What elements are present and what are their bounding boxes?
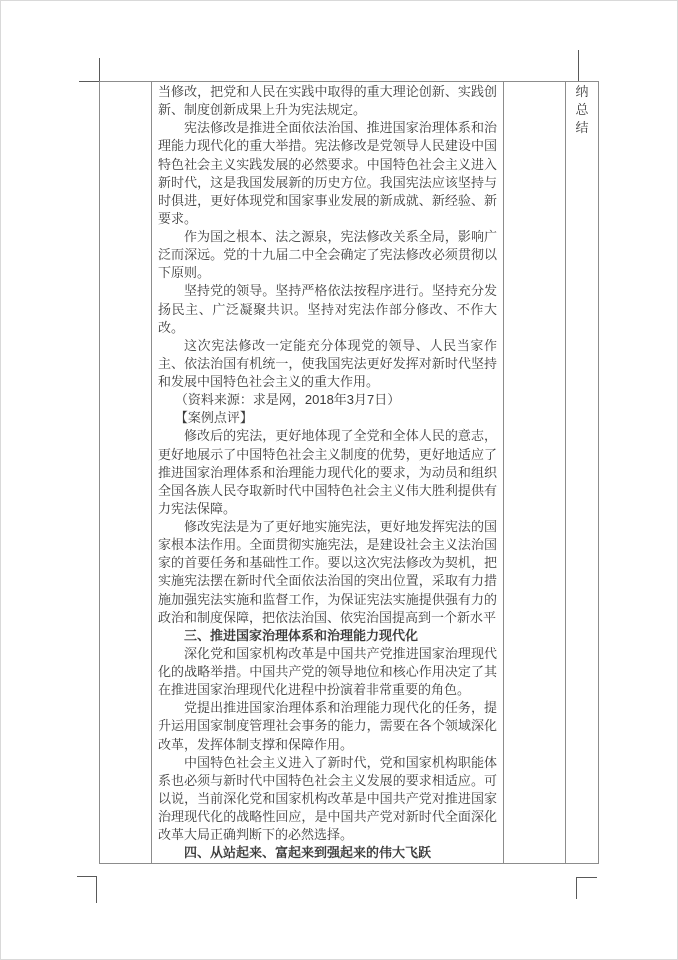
paragraph-continuation: 当修改，把党和人民在实践中取得的重大理论创新、实践创新、制度创新成果上升为宪法规…: [158, 83, 497, 119]
paragraph-body: 中国特色社会主义进入了新时代，党和国家机构职能体系也必须与新时代中国特色社会主义…: [158, 754, 497, 845]
paragraph-body: 宪法修改是推进全面依法治国、推进国家治理体系和治理能力现代化的重大举措。宪法修改…: [158, 119, 497, 228]
paragraph-body: 作为国之根本、法之源泉，宪法修改关系全局，影响广泛而深远。党的十九届二中全会确定…: [158, 228, 497, 282]
paragraph-body: 深化党和国家机构改革是中国共产党推进国家治理现代化的战略举措。中国共产党的领导地…: [158, 645, 497, 699]
lesson-content-cell: 当修改，把党和人民在实践中取得的重大理论创新、实践创新、制度创新成果上升为宪法规…: [152, 82, 503, 863]
paragraph-body: 党提出推进国家治理体系和治理能力现代化的任务，提升运用国家制度管理社会事务的能力…: [158, 699, 497, 753]
table-border-right: [598, 81, 599, 864]
table-cell-left-margin: [100, 82, 151, 863]
crop-mark-bottom-left-vertical: [96, 876, 97, 903]
crop-mark-top-right-vertical: [578, 50, 579, 81]
paragraph-subheading: （一）站起来的历史进程：: [158, 862, 497, 863]
crop-mark-bottom-right-vertical: [576, 877, 577, 899]
paragraph-heading: 三、推进国家治理体系和治理能力现代化: [158, 627, 497, 645]
summary-note-text: 纳总结: [575, 83, 589, 137]
summary-note-column: 纳总结: [566, 82, 598, 863]
paragraph-body: 坚持党的领导。坚持严格依法按程序进行。坚持充分发扬民主、广泛凝聚共识。坚持对宪法…: [158, 282, 497, 336]
paragraph-body: 修改宪法是为了更好地实施宪法，更好地发挥宪法的国家根本法作用。全面贯彻实施宪法，…: [158, 518, 497, 627]
paragraph-body: 这次宪法修改一定能充分体现党的领导、人民当家作主、依法治国有机统一，使我国宪法更…: [158, 337, 497, 391]
crop-mark-bottom-right-horizontal: [576, 877, 597, 878]
paragraph-heading: 四、从站起来、富起来到强起来的伟大飞跃: [158, 844, 497, 862]
crop-mark-bottom-left-horizontal: [77, 876, 97, 877]
table-border-bottom: [99, 863, 598, 864]
document-page: 当修改，把党和人民在实践中取得的重大理论创新、实践创新、制度创新成果上升为宪法规…: [0, 0, 678, 960]
crop-mark-top-left-horizontal: [79, 81, 99, 82]
paragraph-body: 修改后的宪法，更好地体现了全党和全体人民的意志，更好地展示了中国特色社会主义制度…: [158, 427, 497, 518]
crop-mark-top-left-vertical: [99, 58, 100, 81]
paragraph-source: （资料来源：求是网，2018年3月7日）: [158, 391, 497, 409]
table-cell-middle-right: [504, 82, 565, 863]
paragraph-source: 【案例点评】: [158, 409, 497, 427]
